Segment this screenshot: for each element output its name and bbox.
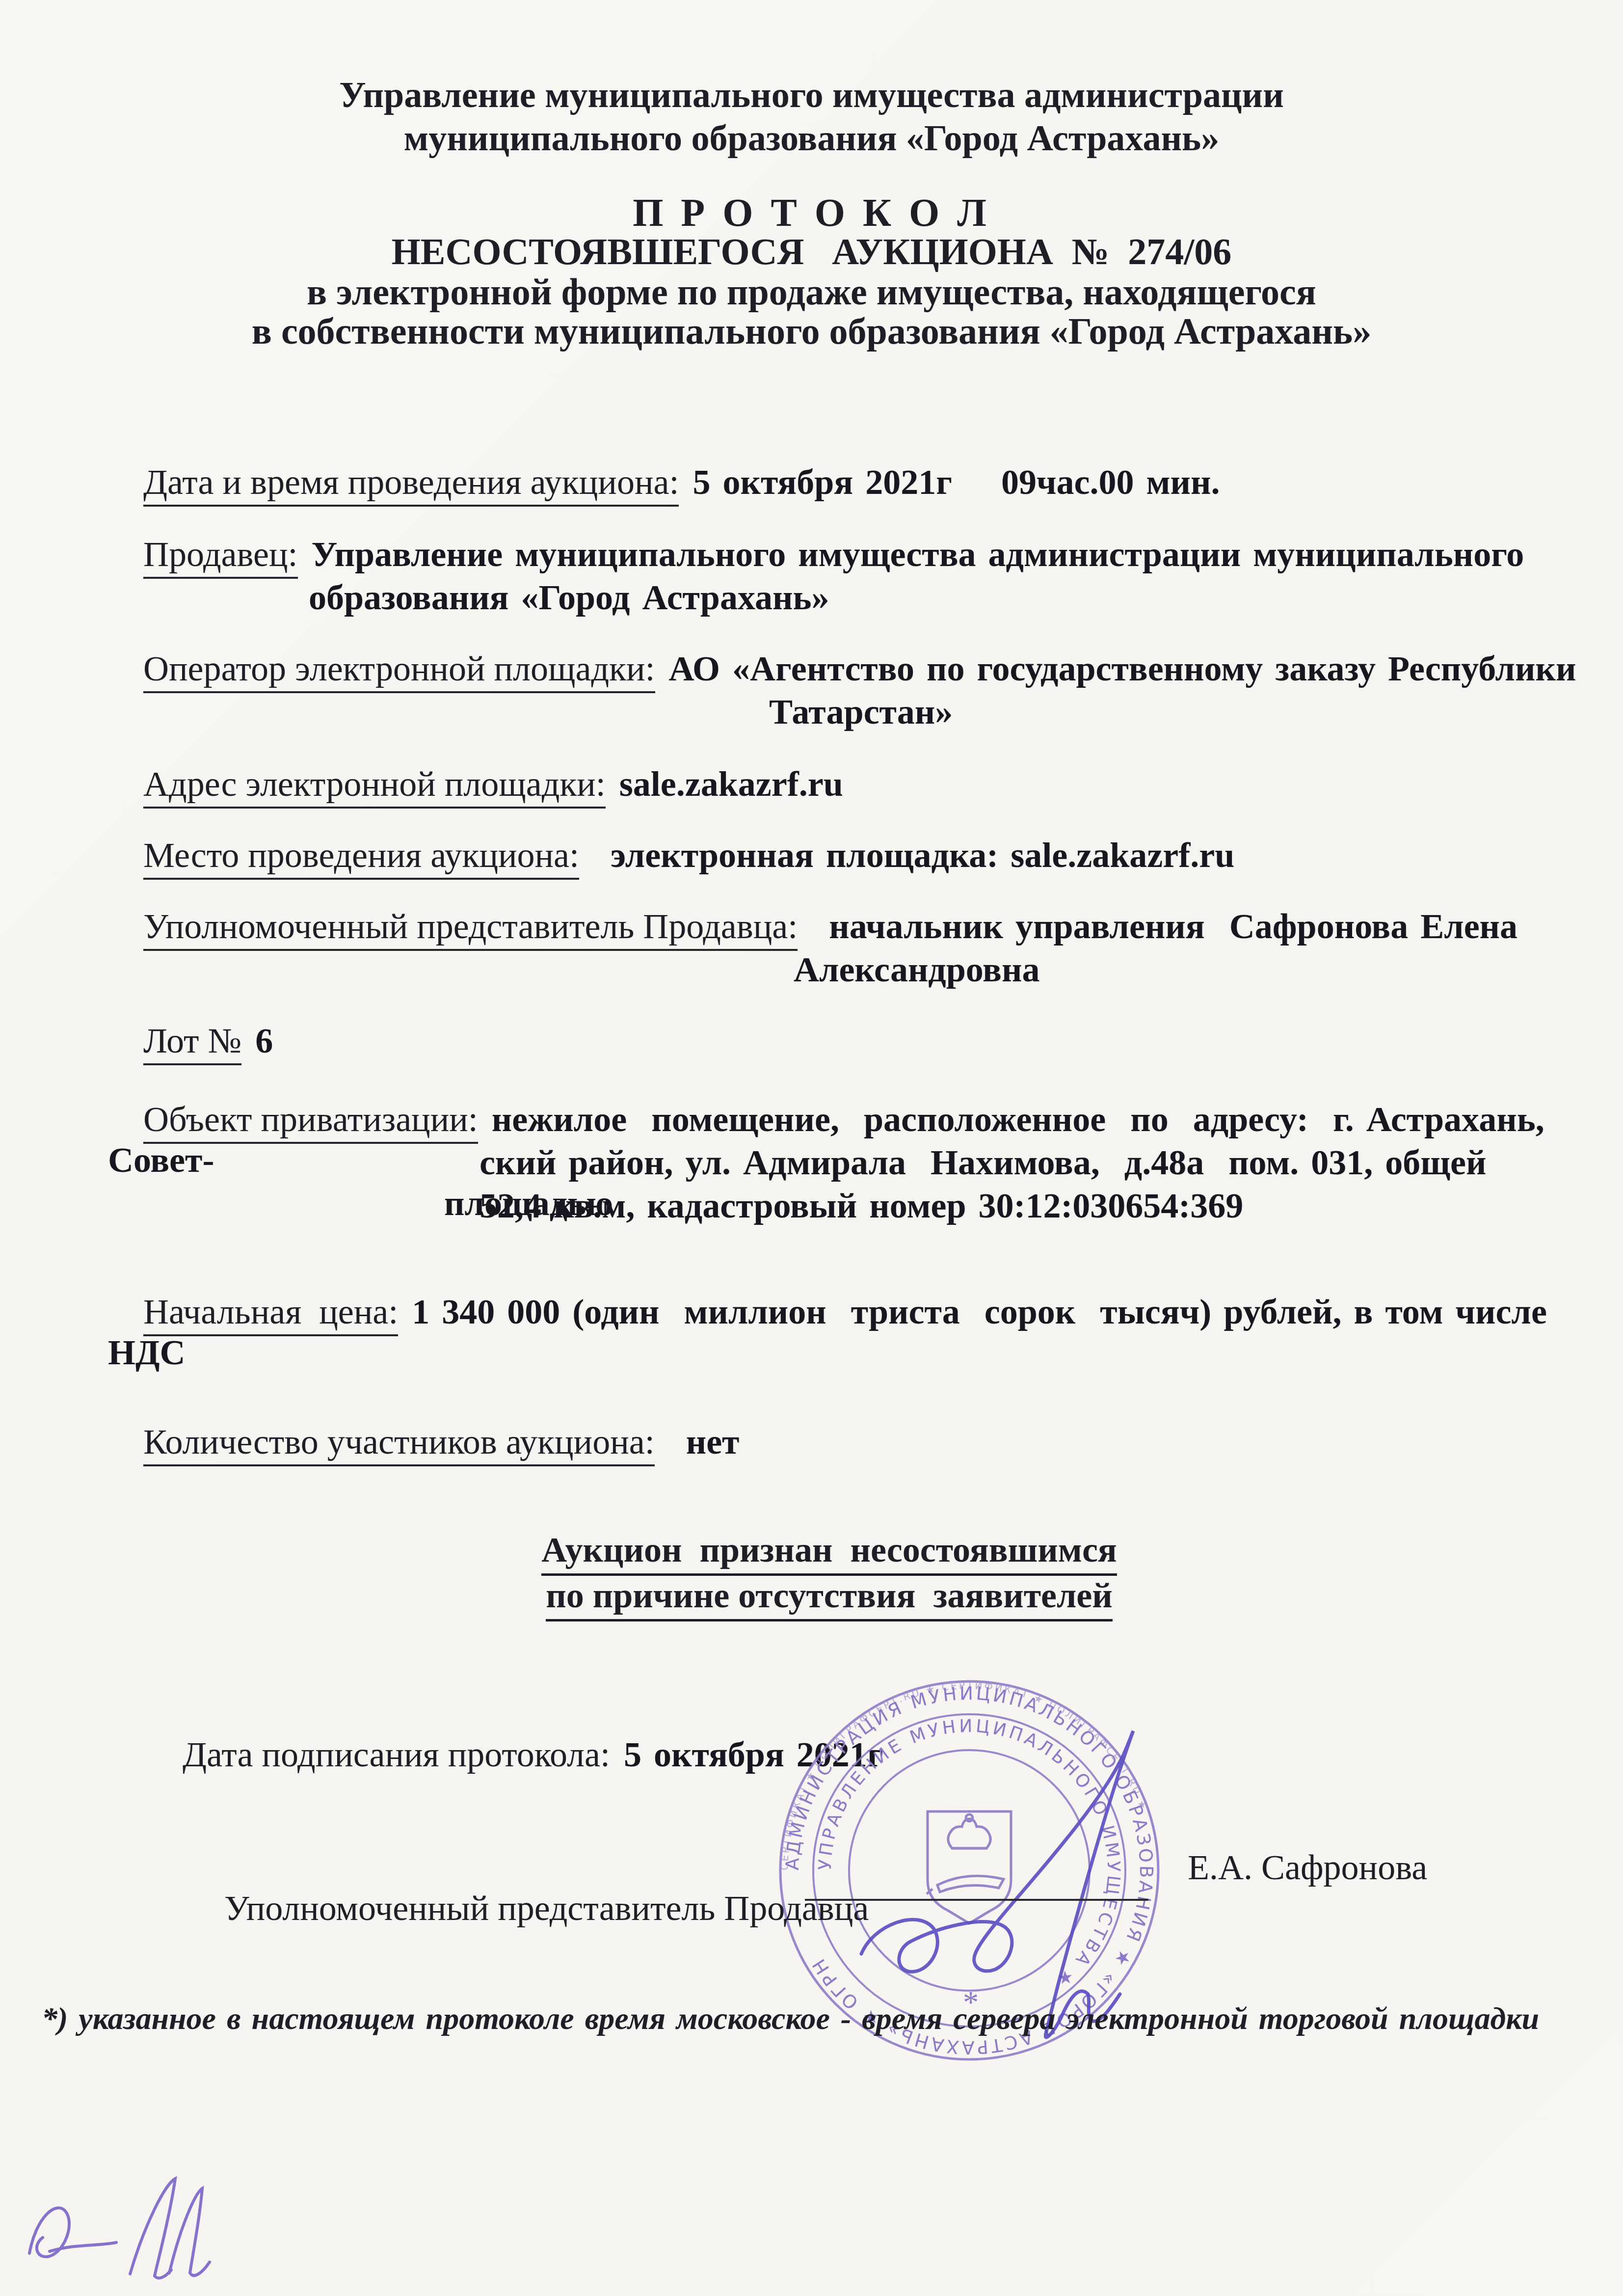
doc-title-number: НЕСОСТОЯВШЕГОСЯ АУКЦИОНА № 274/06: [0, 231, 1623, 273]
org-header-line1: Управление муниципального имущества адми…: [0, 75, 1623, 116]
field-representative-value-line2-text: Александровна: [794, 950, 1039, 989]
field-participants-count-label: Количество участников аукциона:: [143, 1422, 655, 1466]
stamp-coat-of-arms: [927, 1811, 1011, 1923]
auction-result-line2: по причине отсутствия заявителей: [0, 1535, 1623, 1656]
signature-line: [805, 1899, 1148, 1901]
signature-row-label: Уполномоченный представитель Продавца: [189, 1847, 869, 1969]
doc-title: П Р О Т О К О Л: [0, 190, 1623, 236]
field-participants-count-value: нет: [686, 1422, 740, 1461]
representative-signature-label: Уполномоченный представитель Продавца: [224, 1889, 869, 1928]
footnote: *) указанное в настоящем протоколе время…: [42, 2000, 1539, 2037]
field-privatization-object-value-line3-text: 52,4 кв.м, кадастровый номер 30:12:03065…: [479, 1186, 1243, 1225]
field-representative-label: Уполномоченный представитель Продавца:: [143, 907, 798, 951]
representative-name: Е.А. Сафронова: [1188, 1847, 1427, 1888]
doc-title-line4: в собственности муниципального образован…: [0, 310, 1623, 353]
field-privatization-object-label: Объект приватизации:: [143, 1100, 478, 1144]
document-page: Управление муниципального имущества адми…: [0, 0, 1623, 2296]
field-representative-value-line2: Александровна: [758, 909, 1039, 1030]
stamp-inner-circle: [849, 1750, 1090, 1991]
doc-title-line3: в электронной форме по продаже имущества…: [0, 271, 1623, 314]
field-participants-count: Количество участников аукциона:нет: [108, 1381, 739, 1503]
field-lot-number-value: 6: [255, 1021, 273, 1060]
org-header-line2: муниципального образования «Город Астрах…: [0, 118, 1623, 160]
field-privatization-object-value-line3: 52,4 кв.м, кадастровый номер 30:12:03065…: [444, 1145, 1243, 1267]
auction-result-line2-text: по причине отсутствия заявителей: [546, 1576, 1113, 1621]
field-starting-price-label: Начальная цена:: [143, 1292, 398, 1336]
corner-handwritten-signature: [7, 2150, 282, 2293]
signing-date-label: Дата подписания протокола:: [183, 1735, 610, 1774]
field-operator-label: Оператор электронной площадки:: [143, 649, 655, 693]
